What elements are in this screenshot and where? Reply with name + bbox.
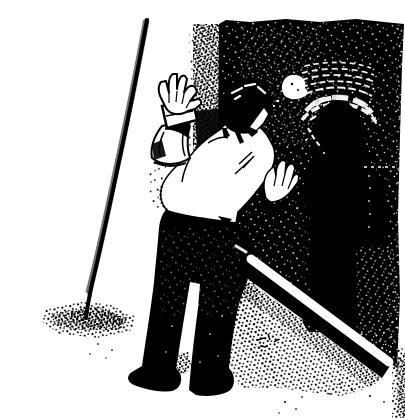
door-right-edge-ragged bbox=[396, 24, 404, 364]
illustration: Black-and-white storybook illustration: … bbox=[40, 16, 405, 418]
illustration-canvas: Black-and-white storybook illustration: … bbox=[40, 16, 405, 418]
